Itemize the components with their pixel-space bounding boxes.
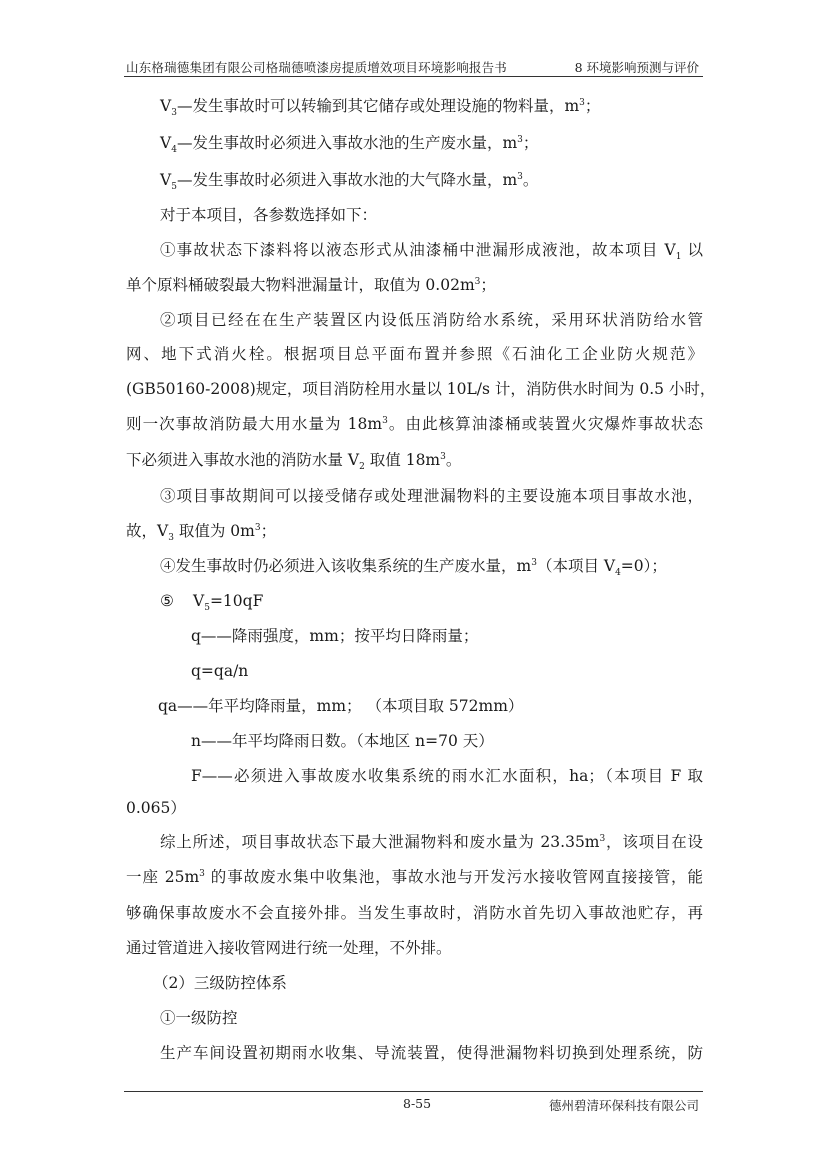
n-definition: n——年平均降雨日数。（本地区 n=70 天） bbox=[191, 731, 494, 751]
item1-line1: ①事故状态下漆料将以液态形式从油漆桶中泄漏形成液池，故本项目 V1 以 bbox=[160, 240, 703, 260]
qa-definition: qa——年平均降雨量，mm； （本项目取 572mm） bbox=[158, 696, 523, 716]
item2-line3: (GB50160-2008)规定，项目消防栓用水量以 10L/s 计，消防供水时… bbox=[126, 379, 703, 399]
parameter-intro: 对于本项目，各参数选择如下： bbox=[160, 205, 377, 225]
item1-line2: 单个原料桶破裂最大物料泄漏量计，取值为 0.02m3； bbox=[126, 275, 496, 295]
item2-line2: 网、地下式消火栓。根据项目总平面布置并参照《石油化工企业防火规范》 bbox=[126, 344, 703, 364]
item3-line2: 故，V3 取值为 0m3； bbox=[126, 521, 276, 541]
item2-line4: 则一次事故消防最大用水量为 18m3。由此核算油漆桶或装置火灾爆炸事故状态 bbox=[126, 414, 703, 434]
footer-company: 德州碧清环保科技有限公司 bbox=[549, 1096, 699, 1114]
section-title: （2）三级防控体系 bbox=[153, 973, 287, 993]
subsection-title: ①一级防控 bbox=[160, 1008, 238, 1028]
item4: ④发生事故时仍必须进入该收集系统的生产废水量，m3（本项目 V4=0）； bbox=[160, 556, 667, 576]
v5-definition: V5—发生事故时必须进入事故水池的大气降水量，m3。 bbox=[160, 170, 538, 190]
summary-line2: 一座 25m3 的事故废水集中收集池，事故水池与开发污水接收管网直接接管，能 bbox=[126, 867, 703, 887]
item2-line5: 下必须进入事故水池的消防水量 V2 取值 18m3。 bbox=[126, 450, 461, 470]
header-chapter-title: 8 环境影响预测与评价 bbox=[575, 58, 699, 76]
header-report-title: 山东格瑞德集团有限公司格瑞德喷漆房提质增效项目环境影响报告书 bbox=[126, 58, 507, 76]
item5-formula: V5=10qF bbox=[193, 591, 263, 611]
item2-line1: ②项目已经在在生产装置区内设低压消防给水系统，采用环状消防给水管 bbox=[160, 310, 703, 330]
f-definition-line1: F——必须进入事故废水收集系统的雨水汇水面积，ha；（本项目 F 取 bbox=[191, 766, 703, 786]
v4-definition: V4—发生事故时必须进入事故水池的生产废水量，m3； bbox=[160, 133, 538, 153]
page-number: 8-55 bbox=[403, 1096, 431, 1111]
q-definition: q——降雨强度，mm；按平均日降雨量； bbox=[191, 626, 478, 646]
level1-line1: 生产车间设置初期雨水收集、导流装置，使得泄漏物料切换到处理系统，防 bbox=[160, 1043, 703, 1063]
header-rule bbox=[124, 76, 703, 77]
page-footer: 8-55 德州碧清环保科技有限公司 bbox=[124, 1096, 703, 1116]
item3-line1: ③项目事故期间可以接受储存或处理泄漏物料的主要设施本项目事故水池， bbox=[160, 486, 703, 506]
footer-rule bbox=[124, 1091, 703, 1092]
q-formula: q=qa/n bbox=[191, 661, 248, 681]
summary-line4: 通过管道进入接收管网进行统一处理，不外排。 bbox=[126, 938, 452, 958]
page-header: 山东格瑞德集团有限公司格瑞德喷漆房提质增效项目环境影响报告书 8 环境影响预测与… bbox=[124, 56, 703, 76]
summary-line3: 够确保事故废水不会直接外排。当发生事故时，消防水首先切入事故池贮存，再 bbox=[126, 903, 703, 923]
f-definition-line2: 0.065） bbox=[126, 798, 186, 818]
item5-label: ⑤ bbox=[160, 591, 174, 611]
v3-definition: V3—发生事故时可以转输到其它储存或处理设施的物料量，m3； bbox=[160, 96, 600, 116]
summary-line1: 综上所述，项目事故状态下最大泄漏物料和废水量为 23.35m3，该项目在设 bbox=[160, 832, 703, 852]
